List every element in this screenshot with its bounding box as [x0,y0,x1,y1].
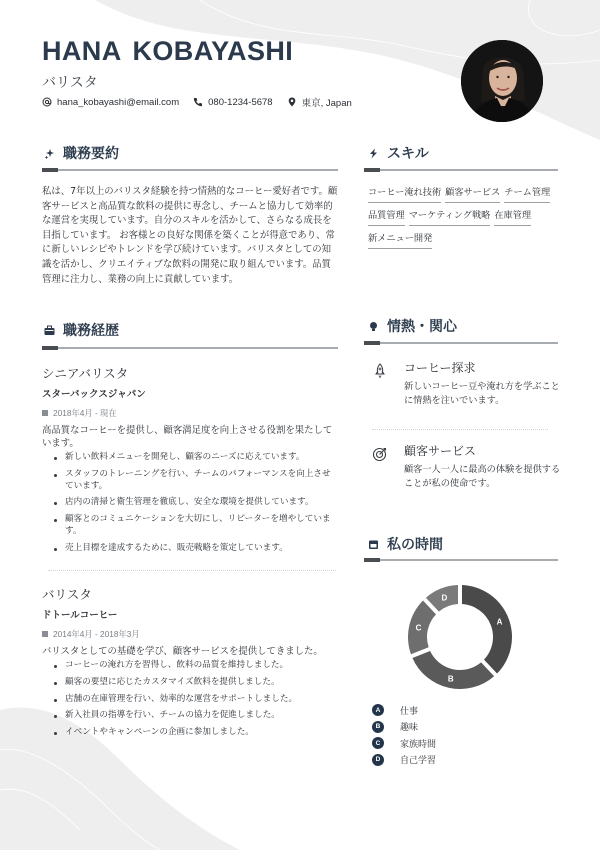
candidate-name: HANA KOBAYASHI [42,36,293,67]
section-rule [42,347,338,349]
legend-label: 仕事 [400,704,418,717]
resume-page: HANA KOBAYASHI バリスタ hana_kobayashi@email… [0,0,600,850]
donut-segment-label: C [416,624,422,633]
job-bullet: 新しい飲料メニューを開発し、顧客のニーズに応えています。 [54,452,338,464]
job-bullets: 新しい飲料メニューを開発し、顧客のニーズに応えています。 スタッフのトレーニング… [42,452,338,555]
job-bullet: 新入社員の指導を行い、チームの協力を促進しました。 [54,710,338,722]
section-title-skills: スキル [387,143,429,163]
skill-tag: 在庫管理 [494,210,531,226]
phone-icon [193,97,203,107]
section-rule [364,342,558,344]
job-bullet: 店舗の在庫管理を行い、効率的な運営をサポートしました。 [54,694,338,706]
job-bullet: 売上目標を達成するために、販売戦略を策定しています。 [54,543,338,555]
lightning-icon [368,148,379,159]
legend-item: C 家族時間 [372,735,436,752]
candidate-role: バリスタ [42,72,98,92]
passion-description: 新しいコーヒー豆や淹れ方を学ぶことに情熱を注いでいます。 [404,380,562,407]
legend-badge: D [372,754,384,766]
contact-email[interactable]: hana_kobayashi@email.com [42,95,179,109]
legend-label: 自己学習 [400,753,436,766]
section-rule [364,559,558,561]
legend-badge: C [372,737,384,749]
phone-text: 080-1234-5678 [208,97,272,108]
lightbulb-icon [368,321,379,332]
section-title-experience: 職務経歴 [63,320,119,340]
passion-item: 顧客サービス 顧客一人一人に最高の体験を提供することが私の使命です。 [372,442,562,490]
job-date: 2018年4月 - 現在 [42,407,338,419]
job-description: バリスタとしての基礎を学び、顧客サービスを提供してきました。 [42,645,338,658]
job-date-text: 2014年4月 - 2018年3月 [53,628,140,640]
job-bullet: 店内の清掃と衛生管理を徹底し、安全な環境を提供しています。 [54,497,338,509]
sparkle-icon [44,148,55,159]
rocket-icon [372,363,388,379]
job-divider [48,570,336,571]
job-date-text: 2018年4月 - 現在 [53,407,117,419]
section-header-passions: 情熱・関心 [368,316,457,336]
passion-title: 顧客サービス [404,442,562,459]
section-header-skills: スキル [368,143,429,163]
calendar-icon [42,631,48,637]
job-company: ドトールコーヒー [42,607,338,621]
donut-segment [408,600,436,654]
job-entry: シニアバリスタ スターバックスジャパン 2018年4月 - 現在 高品質なコーヒ… [42,364,338,560]
job-bullets: コーヒーの淹れ方を習得し、飲料の品質を維持しました。 顧客の要望に応じたカスタマ… [42,660,338,739]
skill-tag: マーケティング戦略 [409,210,491,226]
skills-list: コーヒー淹れ技術 顧客サービス チーム管理 品質管理 マーケティング戦略 在庫管… [368,187,558,249]
section-header-time: 私の時間 [368,534,443,554]
job-description: 高品質なコーヒーを提供し、顧客満足度を向上させる役割を果たしています。 [42,424,338,450]
legend-item: A 仕事 [372,702,436,719]
passion-divider [372,429,548,430]
chart-legend: A 仕事 B 趣味 C 家族時間 D 自己学習 [372,702,436,768]
donut-segment-label: A [497,617,503,626]
calendar-icon [42,410,48,416]
skill-tag: 新メニュー開発 [368,233,432,249]
job-title: シニアバリスタ [42,364,338,382]
job-bullet: コーヒーの淹れ方を習得し、飲料の品質を維持しました。 [54,660,338,672]
job-title: バリスタ [42,585,338,603]
passion-description: 顧客一人一人に最高の体験を提供することが私の使命です。 [404,463,562,490]
location-text: 東京, Japan [302,95,352,109]
passion-item: コーヒー探求 新しいコーヒー豆や淹れ方を学ぶことに情熱を注いでいます。 [372,359,562,407]
skill-tag: チーム管理 [504,187,550,203]
job-bullet: 顧客とのコミュニケーションを大切にし、リピーターを増やしています。 [54,514,338,538]
legend-badge: B [372,721,384,733]
section-title-summary: 職務要約 [63,143,119,163]
contact-info: hana_kobayashi@email.com 080-1234-5678 東… [42,95,352,109]
job-company: スターバックスジャパン [42,386,338,400]
profile-photo [461,40,543,122]
map-pin-icon [287,97,297,107]
section-title-time: 私の時間 [387,534,443,554]
donut-segment-label: D [441,593,447,602]
job-entry: バリスタ ドトールコーヒー 2014年4月 - 2018年3月 バリスタとしての… [42,585,338,744]
section-rule [364,169,558,171]
target-icon [372,446,388,462]
skill-tag: 顧客サービス [445,187,500,203]
calendar-icon [368,539,379,550]
summary-text: 私は、7年以上のバリスタ経験を持つ情熱的なコーヒー愛好者です。顧客サービスと高品… [42,185,338,287]
legend-item: B 趣味 [372,719,436,736]
contact-phone[interactable]: 080-1234-5678 [193,95,272,109]
at-sign-icon [42,97,52,107]
section-header-summary: 職務要約 [44,143,119,163]
job-bullet: 顧客の要望に応じたカスタマイズ飲料を提供しました。 [54,677,338,689]
skill-tag: 品質管理 [368,210,405,226]
section-rule [42,169,338,171]
section-header-experience: 職務経歴 [44,320,119,340]
job-bullet: イベントやキャンペーンの企画に参加しました。 [54,727,338,739]
contact-location: 東京, Japan [287,95,352,109]
time-donut-chart: ABCD [405,582,515,692]
legend-label: 家族時間 [400,737,436,750]
donut-segment [462,585,512,673]
passion-title: コーヒー探求 [404,359,562,376]
donut-segment-label: B [448,674,454,683]
briefcase-icon [44,325,55,336]
email-text: hana_kobayashi@email.com [57,97,179,108]
job-date: 2014年4月 - 2018年3月 [42,628,338,640]
legend-badge: A [372,704,384,716]
skill-tag: コーヒー淹れ技術 [368,187,441,203]
legend-item: D 自己学習 [372,752,436,769]
legend-label: 趣味 [400,720,418,733]
job-bullet: スタッフのトレーニングを行い、チームのパフォーマンスを向上させています。 [54,469,338,493]
section-title-passions: 情熱・関心 [387,316,457,336]
